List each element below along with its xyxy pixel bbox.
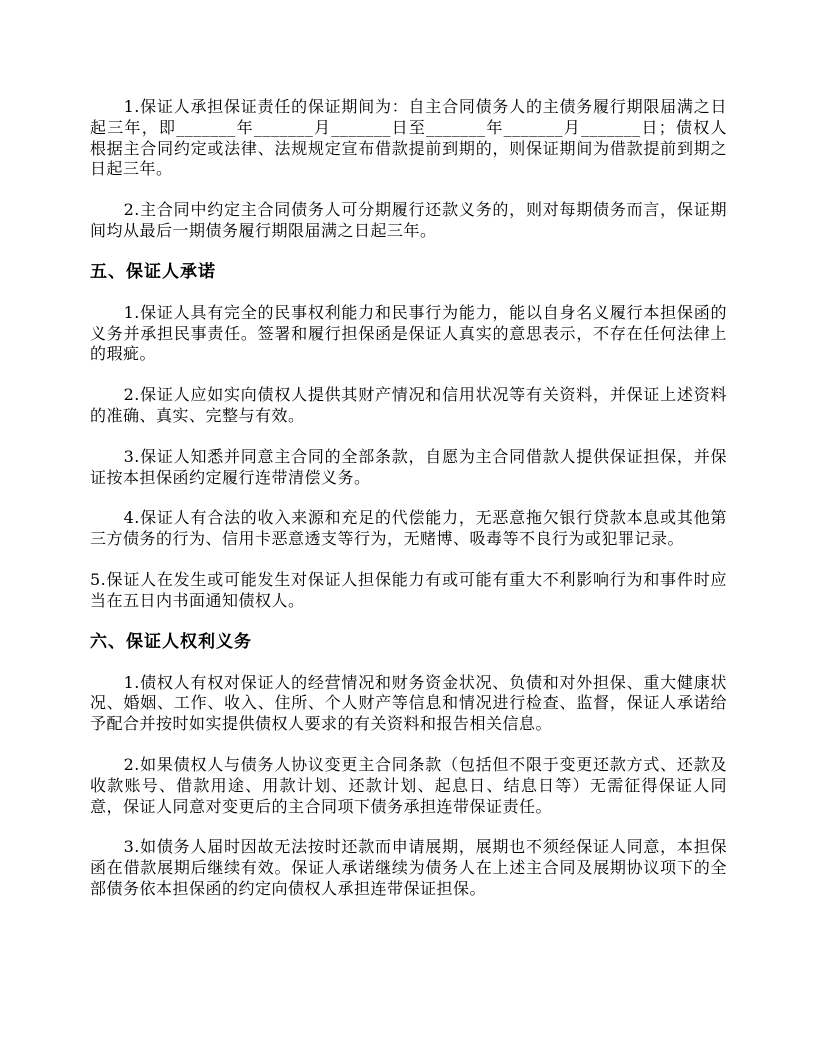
paragraph-commitment-2: 2.保证人应如实向债权人提供其财产情况和信用状况等有关资料，并保证上述资料的准确…	[90, 385, 727, 427]
section-heading-6-guarantor-rights-obligations: 六、保证人权利义务	[90, 632, 727, 653]
paragraph-rights-3: 3.如债务人届时因故无法按时还款而申请展期，展期也不须经保证人同意，本担保函在借…	[90, 837, 727, 899]
paragraph-rights-1: 1.债权人有权对保证人的经营情况和财务资金状况、负债和对外担保、重大健康状况、婚…	[90, 673, 727, 735]
paragraph-commitment-5: 5.保证人在发生或可能发生对保证人担保能力有或可能有重大不利影响行为和事件时应当…	[90, 570, 727, 612]
paragraph-rights-2: 2.如果债权人与债务人协议变更主合同条款（包括但不限于变更还款方式、还款及收款账…	[90, 755, 727, 817]
paragraph-guarantee-period-2: 2.主合同中约定主合同债务人可分期履行还款义务的，则对每期债务而言，保证期间均从…	[90, 200, 727, 242]
document-page: 1.保证人承担保证责任的保证期间为：自主合同债务人的主债务履行期限届满之日起三年…	[0, 0, 816, 1056]
section-heading-5-guarantor-commitments: 五、保证人承诺	[90, 262, 727, 283]
paragraph-commitment-1: 1.保证人具有完全的民事权利能力和民事行为能力，能以自身名义履行本担保函的义务并…	[90, 303, 727, 365]
paragraph-commitment-3: 3.保证人知悉并同意主合同的全部条款，自愿为主合同借款人提供保证担保，并保证按本…	[90, 447, 727, 489]
paragraph-guarantee-period-1: 1.保证人承担保证责任的保证期间为：自主合同债务人的主债务履行期限届满之日起三年…	[90, 97, 727, 180]
paragraph-commitment-4: 4.保证人有合法的收入来源和充足的代偿能力，无恶意拖欠银行贷款本息或其他第三方债…	[90, 508, 727, 550]
